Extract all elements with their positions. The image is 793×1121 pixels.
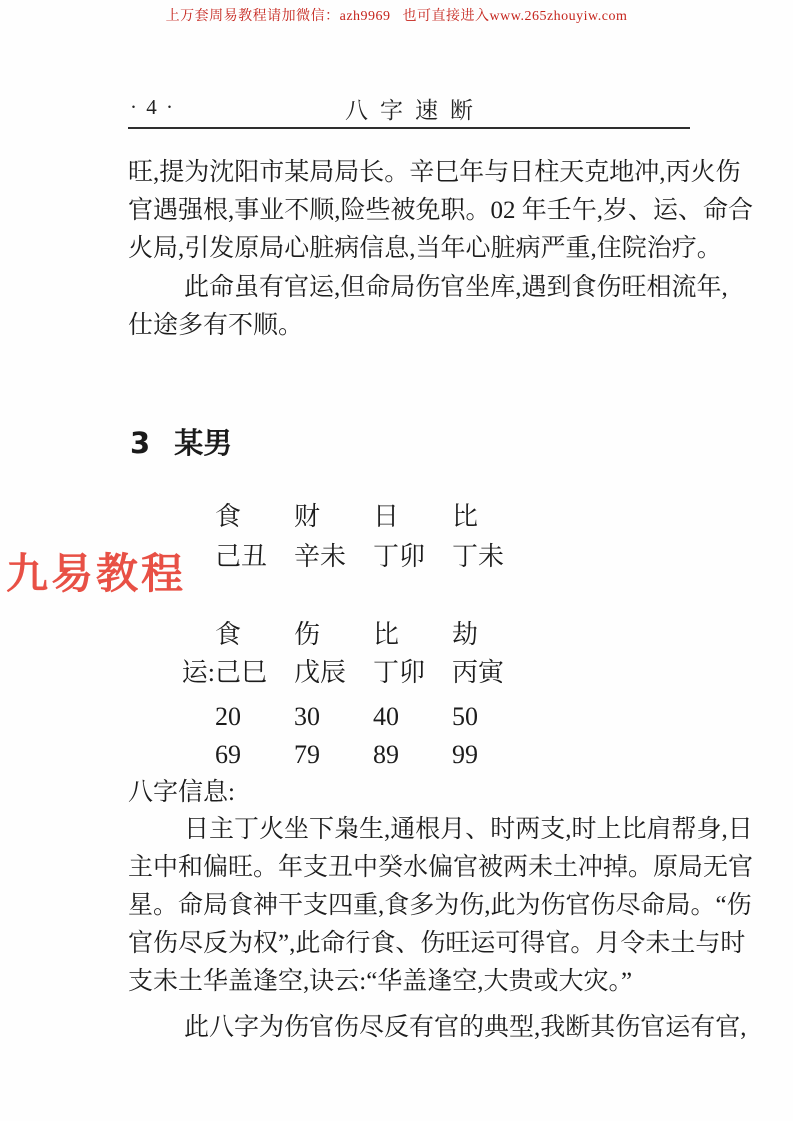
section-number: 3 <box>130 426 150 460</box>
body-line: 主中和偏旺。年支丑中癸水偏官被两未土冲掉。原局无官 <box>128 849 753 887</box>
pillar-value: 辛未 <box>294 537 373 577</box>
age-value: 69 <box>215 736 294 774</box>
body-line: 仕途多有不顺。 <box>128 307 728 345</box>
section-heading: 3某男 <box>130 428 232 458</box>
watermark-text: 九易教程 <box>6 541 186 601</box>
body-line: 日主丁火坐下枭生,通根月、时两支,时上比肩帮身,日 <box>128 811 753 849</box>
luck-cycle-chart: 食伤比劫 运:己巳戊辰丁卯丙寅 20304050 69798999 <box>128 616 531 774</box>
age-value: 40 <box>373 698 452 736</box>
luck-run-prefix: 运: <box>128 654 215 692</box>
age-value: 30 <box>294 698 373 736</box>
body-line: 火局,引发原局心脏病信息,当年心脏病严重,住院治疗。 <box>128 230 753 268</box>
pillar-value: 己丑 <box>215 537 294 577</box>
running-head-title: 八字速断 <box>128 92 690 125</box>
natal-chart-pillars-row: 己丑辛未丁卯丁未 <box>128 537 531 577</box>
bazi-info-label: 八字信息: <box>128 774 235 812</box>
luck-start-ages-row: 20304050 <box>128 698 531 736</box>
age-value: 50 <box>452 698 531 736</box>
ten-god-label: 日 <box>373 497 452 537</box>
ten-god-label: 比 <box>373 616 452 654</box>
pillar-value: 己巳 <box>215 654 294 692</box>
luck-labels-row: 食伤比劫 <box>128 616 531 654</box>
body-line: 支未土华盖逢空,诀云:“华盖逢空,大贵或大灾。” <box>128 963 753 1001</box>
luck-end-ages-row: 69798999 <box>128 736 531 774</box>
age-value: 89 <box>373 736 452 774</box>
paragraph-conclusion: 此命虽有官运,但命局伤官坐库,遇到食伤旺相流年, 仕途多有不顺。 <box>128 269 728 345</box>
pillar-value: 丙寅 <box>452 654 531 692</box>
body-line: 星。命局食神干支四重,食多为伤,此为伤官伤尽命局。“伤 <box>128 887 753 925</box>
ten-god-label: 比 <box>452 497 531 537</box>
paragraph-analysis: 日主丁火坐下枭生,通根月、时两支,时上比肩帮身,日 主中和偏旺。年支丑中癸水偏官… <box>128 811 753 1001</box>
pillar-value: 戊辰 <box>294 654 373 692</box>
natal-chart: 食财日比 己丑辛未丁卯丁未 <box>128 497 531 577</box>
book-page: 上万套周易教程请加微信：azh9969 也可直接进入www.265zhouyiw… <box>0 0 793 1121</box>
body-line: 此命虽有官运,但命局伤官坐库,遇到食伤旺相流年, <box>128 269 728 307</box>
section-title: 某男 <box>174 426 232 460</box>
header-rule <box>128 127 690 129</box>
paragraph-verdict: 此八字为伤官伤尽反有官的典型,我断其伤官运有官, <box>128 1009 747 1047</box>
ten-god-label: 食 <box>215 497 294 537</box>
age-value: 20 <box>215 698 294 736</box>
paragraph-continuation: 旺,提为沈阳市某局局长。辛巳年与日柱天克地冲,丙火伤 官遇强根,事业不顺,险些被… <box>128 154 753 268</box>
promo-banner: 上万套周易教程请加微信：azh9969 也可直接进入www.265zhouyiw… <box>0 5 793 25</box>
pillar-value: 丁卯 <box>373 537 452 577</box>
body-line: 此八字为伤官伤尽反有官的典型,我断其伤官运有官, <box>128 1009 747 1047</box>
body-line: 旺,提为沈阳市某局局长。辛巳年与日柱天克地冲,丙火伤 <box>128 154 753 192</box>
pillar-value: 丁未 <box>452 537 531 577</box>
body-line: 官伤尽反为权”,此命行食、伤旺运可得官。月令未土与时 <box>128 925 753 963</box>
ten-god-label: 食 <box>215 616 294 654</box>
luck-pillars-row: 运:己巳戊辰丁卯丙寅 <box>128 654 531 692</box>
age-value: 79 <box>294 736 373 774</box>
pillar-value: 丁卯 <box>373 654 452 692</box>
natal-chart-labels-row: 食财日比 <box>128 497 531 537</box>
ten-god-label: 财 <box>294 497 373 537</box>
ten-god-label: 伤 <box>294 616 373 654</box>
ten-god-label: 劫 <box>452 616 531 654</box>
age-value: 99 <box>452 736 531 774</box>
body-line: 官遇强根,事业不顺,险些被免职。02 年壬午,岁、运、命合 <box>128 192 753 230</box>
